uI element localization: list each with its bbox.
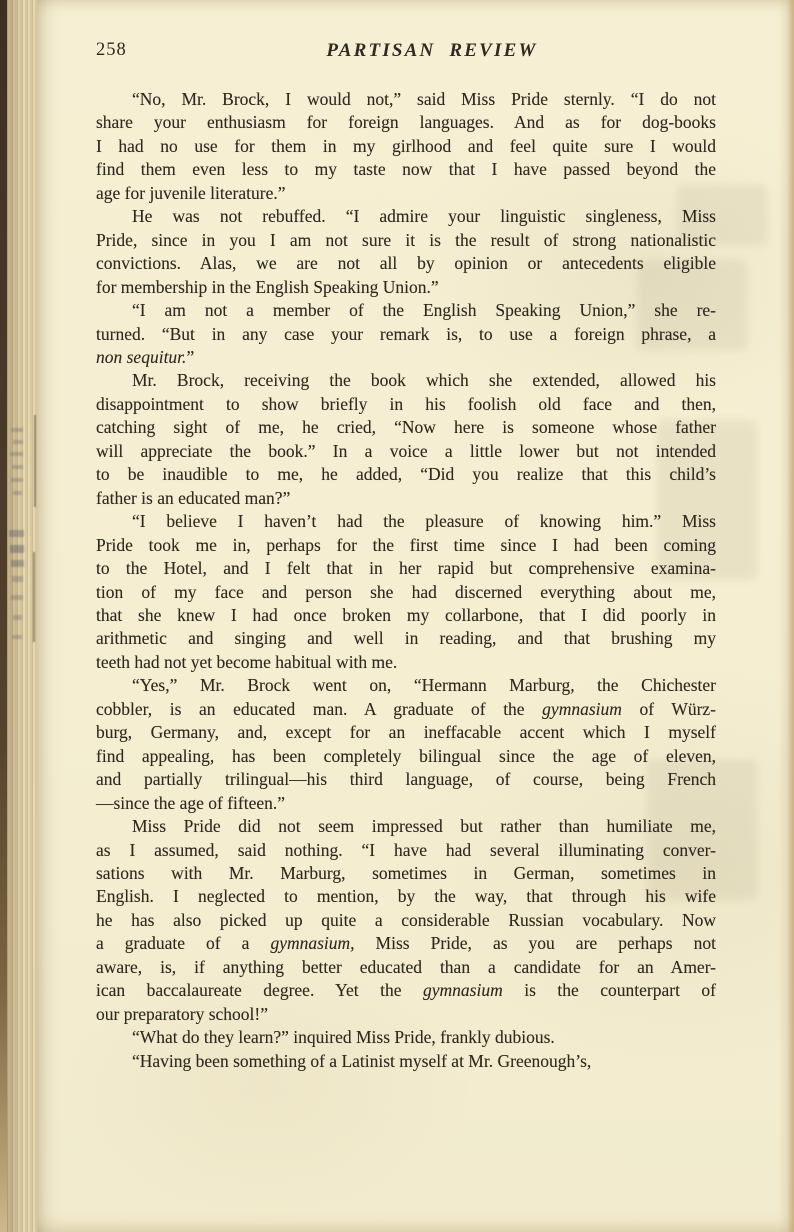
text-line: age for juvenile literature.” <box>96 182 716 205</box>
paragraph: “Having been something of a Latinist mys… <box>96 1050 716 1073</box>
text-line: Mr. Brock, receiving the book which she … <box>96 369 716 392</box>
paragraph: He was not rebuffed. “I admire your ling… <box>96 205 716 299</box>
text-line: he has also picked up quite a considerab… <box>96 909 716 932</box>
text-line: convictions. Alas, we are not all by opi… <box>96 252 716 275</box>
paragraph: “What do they learn?” inquired Miss Prid… <box>96 1026 716 1049</box>
page-edge-crease <box>34 415 36 507</box>
text-line: turned. “But in any case your remark is,… <box>96 323 716 346</box>
text-line: —since the age of fifteen.” <box>96 792 716 815</box>
book-page-edges <box>7 0 37 1232</box>
text-line: to the Hotel, and I felt that in her rap… <box>96 557 716 580</box>
text-line: will appreciate the book.” In a voice a … <box>96 440 716 463</box>
text-line: non sequitur.” <box>96 346 716 369</box>
text-line: Pride took me in, perhaps for the first … <box>96 534 716 557</box>
print-through-mark <box>12 635 22 639</box>
text-line: English. I neglected to mention, by the … <box>96 885 716 908</box>
page-edge-crease <box>33 552 35 642</box>
page-right-edge <box>778 0 794 1232</box>
running-header: PARTISAN REVIEW <box>96 40 716 62</box>
print-through-mark <box>10 452 23 456</box>
text-line: ican baccalaureate degree. Yet the gymna… <box>96 979 716 1002</box>
text-line: find appealing, has been completely bili… <box>96 745 716 768</box>
text-line: our preparatory school!” <box>96 1003 716 1026</box>
print-through-mark <box>13 491 22 495</box>
text-line: that she knew I had once broken my colla… <box>96 604 716 627</box>
print-through-mark <box>12 576 23 582</box>
print-through-mark <box>13 440 23 444</box>
text-line: find them even less to my taste now that… <box>96 158 716 181</box>
text-line: as I assumed, said nothing. “I have had … <box>96 839 716 862</box>
text-line: cobbler, is an educated man. A graduate … <box>96 698 716 721</box>
paragraph: Mr. Brock, receiving the book which she … <box>96 369 716 510</box>
text-line: disappointment to show briefly in his fo… <box>96 393 716 416</box>
paragraph: “Yes,” Mr. Brock went on, “Hermann Marbu… <box>96 674 716 815</box>
text-line: father is an educated man?” <box>96 487 716 510</box>
text-line: a graduate of a gymnasium, Miss Pride, a… <box>96 932 716 955</box>
paragraph: “I am not a member of the English Speaki… <box>96 299 716 369</box>
text-line: share your enthusiasm for foreign langua… <box>96 111 716 134</box>
page-header-row: 258 PARTISAN REVIEW <box>96 40 716 64</box>
text-line: to be inaudible to me, he added, “Did yo… <box>96 463 716 486</box>
print-through-mark <box>12 465 23 469</box>
text-line: aware, is, if anything better educated t… <box>96 956 716 979</box>
print-through-mark <box>10 545 24 553</box>
text-line: I had no use for them in my girlhood and… <box>96 135 716 158</box>
book-page-scan: 258 PARTISAN REVIEW “No, Mr. Brock, I wo… <box>0 0 794 1232</box>
body-text: “No, Mr. Brock, I would not,” said Miss … <box>96 88 716 1073</box>
print-through-mark <box>13 615 22 620</box>
paragraph: Miss Pride did not seem impressed but ra… <box>96 815 716 1026</box>
text-line: “Yes,” Mr. Brock went on, “Hermann Marbu… <box>96 674 716 697</box>
text-line: He was not rebuffed. “I admire your ling… <box>96 205 716 228</box>
text-line: burg, Germany, and, except for an ineffa… <box>96 721 716 744</box>
paragraph: “I believe I haven’t had the pleasure of… <box>96 510 716 674</box>
text-line: sations with Mr. Marburg, sometimes in G… <box>96 862 716 885</box>
text-line: and partially trilingual—his third langu… <box>96 768 716 791</box>
text-line: “What do they learn?” inquired Miss Prid… <box>96 1026 716 1049</box>
text-line: for membership in the English Speaking U… <box>96 276 716 299</box>
print-through-mark <box>11 560 24 567</box>
book-spine-shadow <box>0 0 7 1232</box>
print-through-mark <box>11 478 23 482</box>
text-line: arithmetic and singing and well in readi… <box>96 627 716 650</box>
text-line: catching sight of me, he cried, “Now her… <box>96 416 716 439</box>
text-line: Pride, since in you I am not sure it is … <box>96 229 716 252</box>
print-through-mark <box>9 530 24 537</box>
print-through-mark <box>11 595 23 600</box>
text-line: “I believe I haven’t had the pleasure of… <box>96 510 716 533</box>
paragraph: “No, Mr. Brock, I would not,” said Miss … <box>96 88 716 205</box>
print-through-mark <box>11 428 23 432</box>
text-line: “Having been something of a Latinist mys… <box>96 1050 716 1073</box>
text-line: teeth had not yet become habitual with m… <box>96 651 716 674</box>
text-line: Miss Pride did not seem impressed but ra… <box>96 815 716 838</box>
text-line: “No, Mr. Brock, I would not,” said Miss … <box>96 88 716 111</box>
text-line: tion of my face and person she had disce… <box>96 581 716 604</box>
text-line: “I am not a member of the English Speaki… <box>96 299 716 322</box>
